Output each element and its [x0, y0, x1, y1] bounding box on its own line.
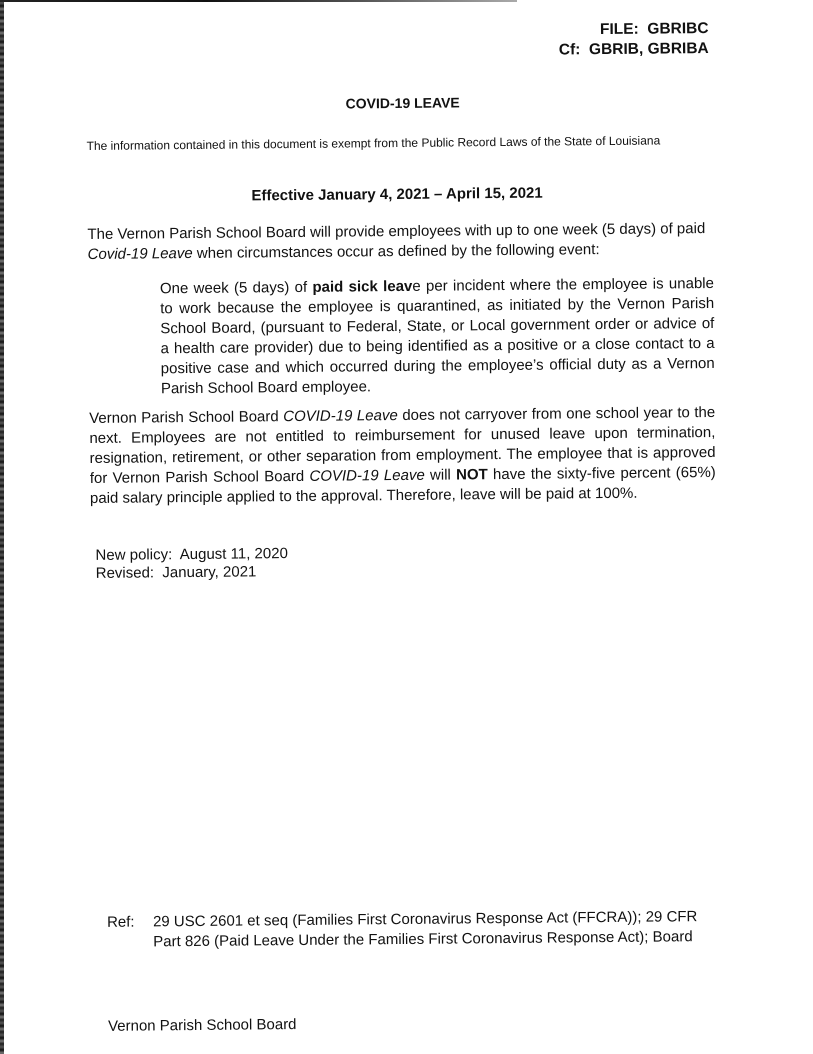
- intro-text-end: when circumstances occur as defined by t…: [193, 241, 600, 262]
- revised-label: Revised:: [96, 564, 155, 582]
- new-policy-line: New policy: August 11, 2020: [95, 545, 288, 565]
- revised-date: January, 2021: [162, 563, 256, 581]
- references: Ref: 29 USC 2601 et seq (Families First …: [107, 907, 727, 953]
- event-text: One week (5 days) of: [160, 279, 313, 297]
- event-definition-paragraph: One week (5 days) of paid sick leave per…: [160, 274, 715, 399]
- cf-codes: GBRIB, GBRIBA: [589, 40, 709, 58]
- carryover-paragraph: Vernon Parish School Board COVID-19 Leav…: [89, 403, 716, 509]
- document-page: FILE: GBRIBC Cf: GBRIB, GBRIBA COVID-19 …: [0, 0, 813, 1054]
- intro-italic-term: Covid-19 Leave: [88, 245, 193, 263]
- event-bold-term: paid sick leav: [312, 278, 412, 296]
- exempt-notice: The information contained in this docume…: [86, 130, 711, 156]
- page-title: COVID-19 LEAVE: [0, 91, 809, 115]
- policy-history: New policy: August 11, 2020 Revised: Jan…: [95, 545, 288, 583]
- cf-line: Cf: GBRIB, GBRIBA: [559, 39, 709, 60]
- intro-paragraph: The Vernon Parish School Board will prov…: [87, 219, 712, 265]
- carryover-italic-term-1: COVID-19 Leave: [283, 407, 398, 425]
- ref-label: Ref:: [107, 912, 153, 952]
- revised-line: Revised: January, 2021: [96, 563, 289, 583]
- carryover-italic-term-2: COVID-19 Leave: [309, 467, 424, 485]
- file-label: FILE:: [600, 21, 639, 38]
- ref-text: 29 USC 2601 et seq (Families First Coron…: [153, 907, 727, 953]
- effective-dates: Effective January 4, 2021 – April 15, 20…: [0, 182, 797, 207]
- file-code: GBRIBC: [647, 20, 708, 38]
- footer-organization: Vernon Parish School Board: [108, 1016, 297, 1035]
- carryover-bold-not: NOT: [456, 466, 488, 483]
- intro-text: The Vernon Parish School Board will prov…: [87, 220, 705, 243]
- new-policy-label: New policy:: [95, 546, 172, 564]
- carryover-text-1: Vernon Parish School Board: [89, 408, 283, 427]
- new-policy-date: August 11, 2020: [180, 545, 288, 563]
- cf-label: Cf:: [559, 41, 581, 58]
- file-line: FILE: GBRIBC: [559, 19, 709, 40]
- file-reference-block: FILE: GBRIBC Cf: GBRIB, GBRIBA: [559, 19, 709, 60]
- carryover-text-3: will: [425, 466, 456, 483]
